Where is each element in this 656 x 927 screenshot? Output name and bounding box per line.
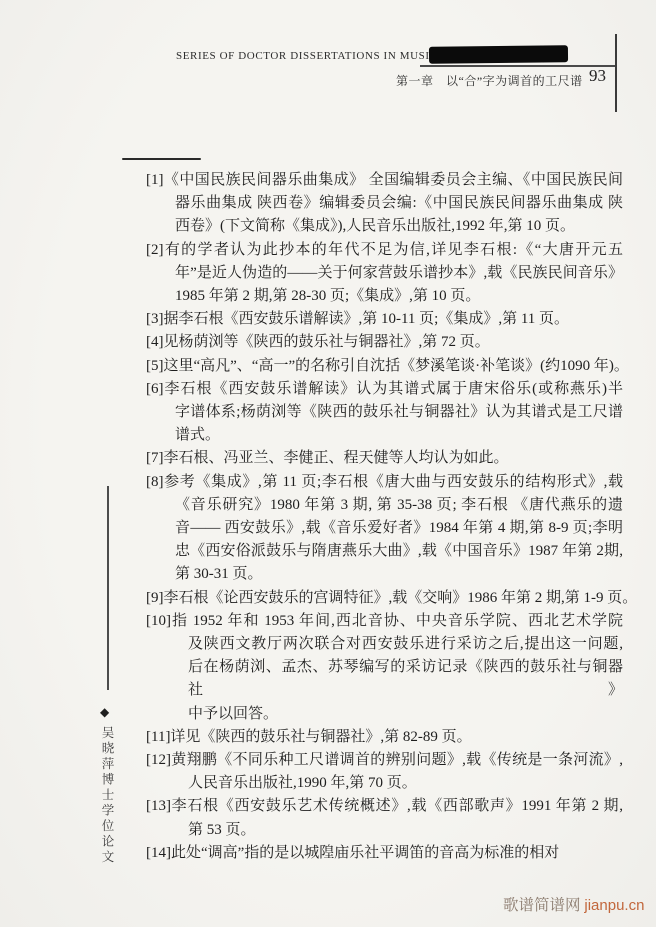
sidebar-vertical-rule [107, 486, 109, 690]
footnote-line: [9]李石根《论西安鼓乐的宫调特征》,载《交响》1986 年第 2 期,第 1-… [146, 587, 623, 610]
watermark-site-url: jianpu.cn [584, 897, 644, 914]
footnote-7: [7]李石根、冯亚兰、李健正、程天健等人均认为如此。 [146, 447, 623, 470]
footnote-13: [13]李石根《西安鼓乐艺术传统概述》,载《西部歌声》1991 年第 2 期,第… [146, 795, 623, 841]
footnote-line: 中予以回答。 [146, 703, 623, 726]
footnote-11: [11]详见《陕西的鼓乐社与铜器社》,第 82-89 页。 [146, 726, 623, 749]
footnote-line: [5]这里“高凡”、“高一”的名称引自沈括《梦溪笔谈·补笔谈》(约1090 年)… [146, 355, 623, 378]
footnote-8: [8]参考《集成》,第 11 页;李石根《唐大曲与西安鼓乐的结构形式》,载《音乐… [146, 471, 623, 587]
footnotes: [1]《中国民族民间器乐曲集成》 全国编辑委员会主编、《中国民族民间器乐曲集成 … [146, 169, 623, 865]
footnote-line: 器乐曲集成 陕西卷》编辑委员会编:《中国民族民间器乐曲集成 陕 [146, 192, 623, 215]
watermark: 歌谱简谱网 jianpu.cn [503, 893, 644, 915]
footnote-line: [8]参考《集成》,第 11 页;李石根《唐大曲与西安鼓乐的结构形式》,载 [146, 471, 623, 494]
footnote-line: [2]有的学者认为此抄本的年代不足为信,详见李石根:《“大唐开元五 [146, 239, 623, 262]
footnote-14: [14]此处“调高”指的是以城隍庙乐社平调笛的音高为标准的相对 [146, 842, 623, 865]
footnote-line: [14]此处“调高”指的是以城隍庙乐社平调笛的音高为标准的相对 [146, 842, 623, 865]
diamond-icon: ◆ [100, 705, 109, 720]
footnote-line: [10]指 1952 年和 1953 年间,西北音协、中央音乐学院、西北艺术学院 [146, 610, 623, 633]
footnote-separator-rule [122, 158, 201, 160]
footnote-line: 《音乐研究》1980 年第 3 期, 第 35-38 页; 李石根 《唐代燕乐的… [146, 494, 623, 517]
footnote-line: [3]据李石根《西安鼓乐谱解读》,第 10-11 页;《集成》,第 11 页。 [146, 308, 623, 331]
footnote-line: 忠《西安俗派鼓乐与隋唐燕乐大曲》,载《中国音乐》1987 年第 2期, [146, 540, 623, 563]
footnote-9: [9]李石根《论西安鼓乐的宫调特征》,载《交响》1986 年第 2 期,第 1-… [146, 587, 623, 610]
footnote-6: [6]李石根《西安鼓乐谱解读》认为其谱式属于唐宋俗乐(或称燕乐)半字谱体系;杨荫… [146, 378, 623, 448]
scanned-book-page: SERIES OF DOCTOR DISSERTATIONS IN MUSIC … [0, 0, 656, 927]
header-vertical-rule [615, 34, 617, 112]
footnote-line: 字谱体系;杨荫浏等《陕西的鼓乐社与铜器社》认为其谱式是工尺谱 [146, 401, 623, 424]
footnote-line: [4]见杨荫浏等《陕西的鼓乐社与铜器社》,第 72 页。 [146, 331, 623, 354]
footnote-1: [1]《中国民族民间器乐曲集成》 全国编辑委员会主编、《中国民族民间器乐曲集成 … [146, 169, 623, 239]
chapter-title: 第一章 以“合”字为调首的工尺谱 [396, 72, 572, 89]
series-title: SERIES OF DOCTOR DISSERTATIONS IN MUSIC [176, 50, 436, 62]
footnote-2: [2]有的学者认为此抄本的年代不足为信,详见李石根:《“大唐开元五年”是近人伪造… [146, 239, 623, 309]
watermark-site-name: 歌谱简谱网 [503, 897, 584, 914]
footnote-line: 1985 年第 2 期,第 28-30 页;《集成》,第 10 页。 [146, 285, 623, 308]
header-rule [420, 65, 617, 67]
footnote-line: 后在杨荫浏、孟杰、苏琴编写的采访记录《陕西的鼓乐社与铜器社》 [146, 656, 623, 702]
footnote-line: 及陕西文教厅两次联合对西安鼓乐进行采访之后,提出这一问题, [146, 633, 623, 656]
sidebar-vertical-caption: 吴晓萍博士学位论文 [98, 726, 116, 876]
footnote-line: [12]黄翔鹏《不同乐种工尺谱调首的辨别问题》,载《传统是一条河流》, [146, 749, 623, 772]
footnote-line: 第 53 页。 [146, 819, 623, 842]
page-number: 93 [589, 66, 606, 86]
footnote-line: 西卷》(下文简称《集成》),人民音乐出版社,1992 年,第 10 页。 [146, 215, 623, 238]
footnote-line: [1]《中国民族民间器乐曲集成》 全国编辑委员会主编、《中国民族民间 [146, 169, 623, 192]
footnote-line: 音—— 西安鼓乐》,载《音乐爱好者》1984 年第 4 期,第 8-9 页;李明 [146, 517, 623, 540]
footnote-3: [3]据李石根《西安鼓乐谱解读》,第 10-11 页;《集成》,第 11 页。 [146, 308, 623, 331]
footnote-line: 第 30-31 页。 [146, 563, 623, 586]
footnote-line: [7]李石根、冯亚兰、李健正、程天健等人均认为如此。 [146, 447, 623, 470]
footnote-line: [13]李石根《西安鼓乐艺术传统概述》,载《西部歌声》1991 年第 2 期, [146, 795, 623, 818]
footnote-line: 年”是近人伪造的——关于何家营鼓乐谱抄本》,载《民族民间音乐》 [146, 262, 623, 285]
footnote-line: 谱式。 [146, 424, 623, 447]
footnote-line: [11]详见《陕西的鼓乐社与铜器社》,第 82-89 页。 [146, 726, 623, 749]
footnote-10: [10]指 1952 年和 1953 年间,西北音协、中央音乐学院、西北艺术学院… [146, 610, 623, 726]
footnote-line: [6]李石根《西安鼓乐谱解读》认为其谱式属于唐宋俗乐(或称燕乐)半 [146, 378, 623, 401]
footnote-5: [5]这里“高凡”、“高一”的名称引自沈括《梦溪笔谈·补笔谈》(约1090 年)… [146, 355, 623, 378]
footnote-line: 人民音乐出版社,1990 年,第 70 页。 [146, 772, 623, 795]
footnote-4: [4]见杨荫浏等《陕西的鼓乐社与铜器社》,第 72 页。 [146, 331, 623, 354]
redacted-black-bar [429, 45, 568, 63]
footnote-12: [12]黄翔鹏《不同乐种工尺谱调首的辨别问题》,载《传统是一条河流》,人民音乐出… [146, 749, 623, 795]
